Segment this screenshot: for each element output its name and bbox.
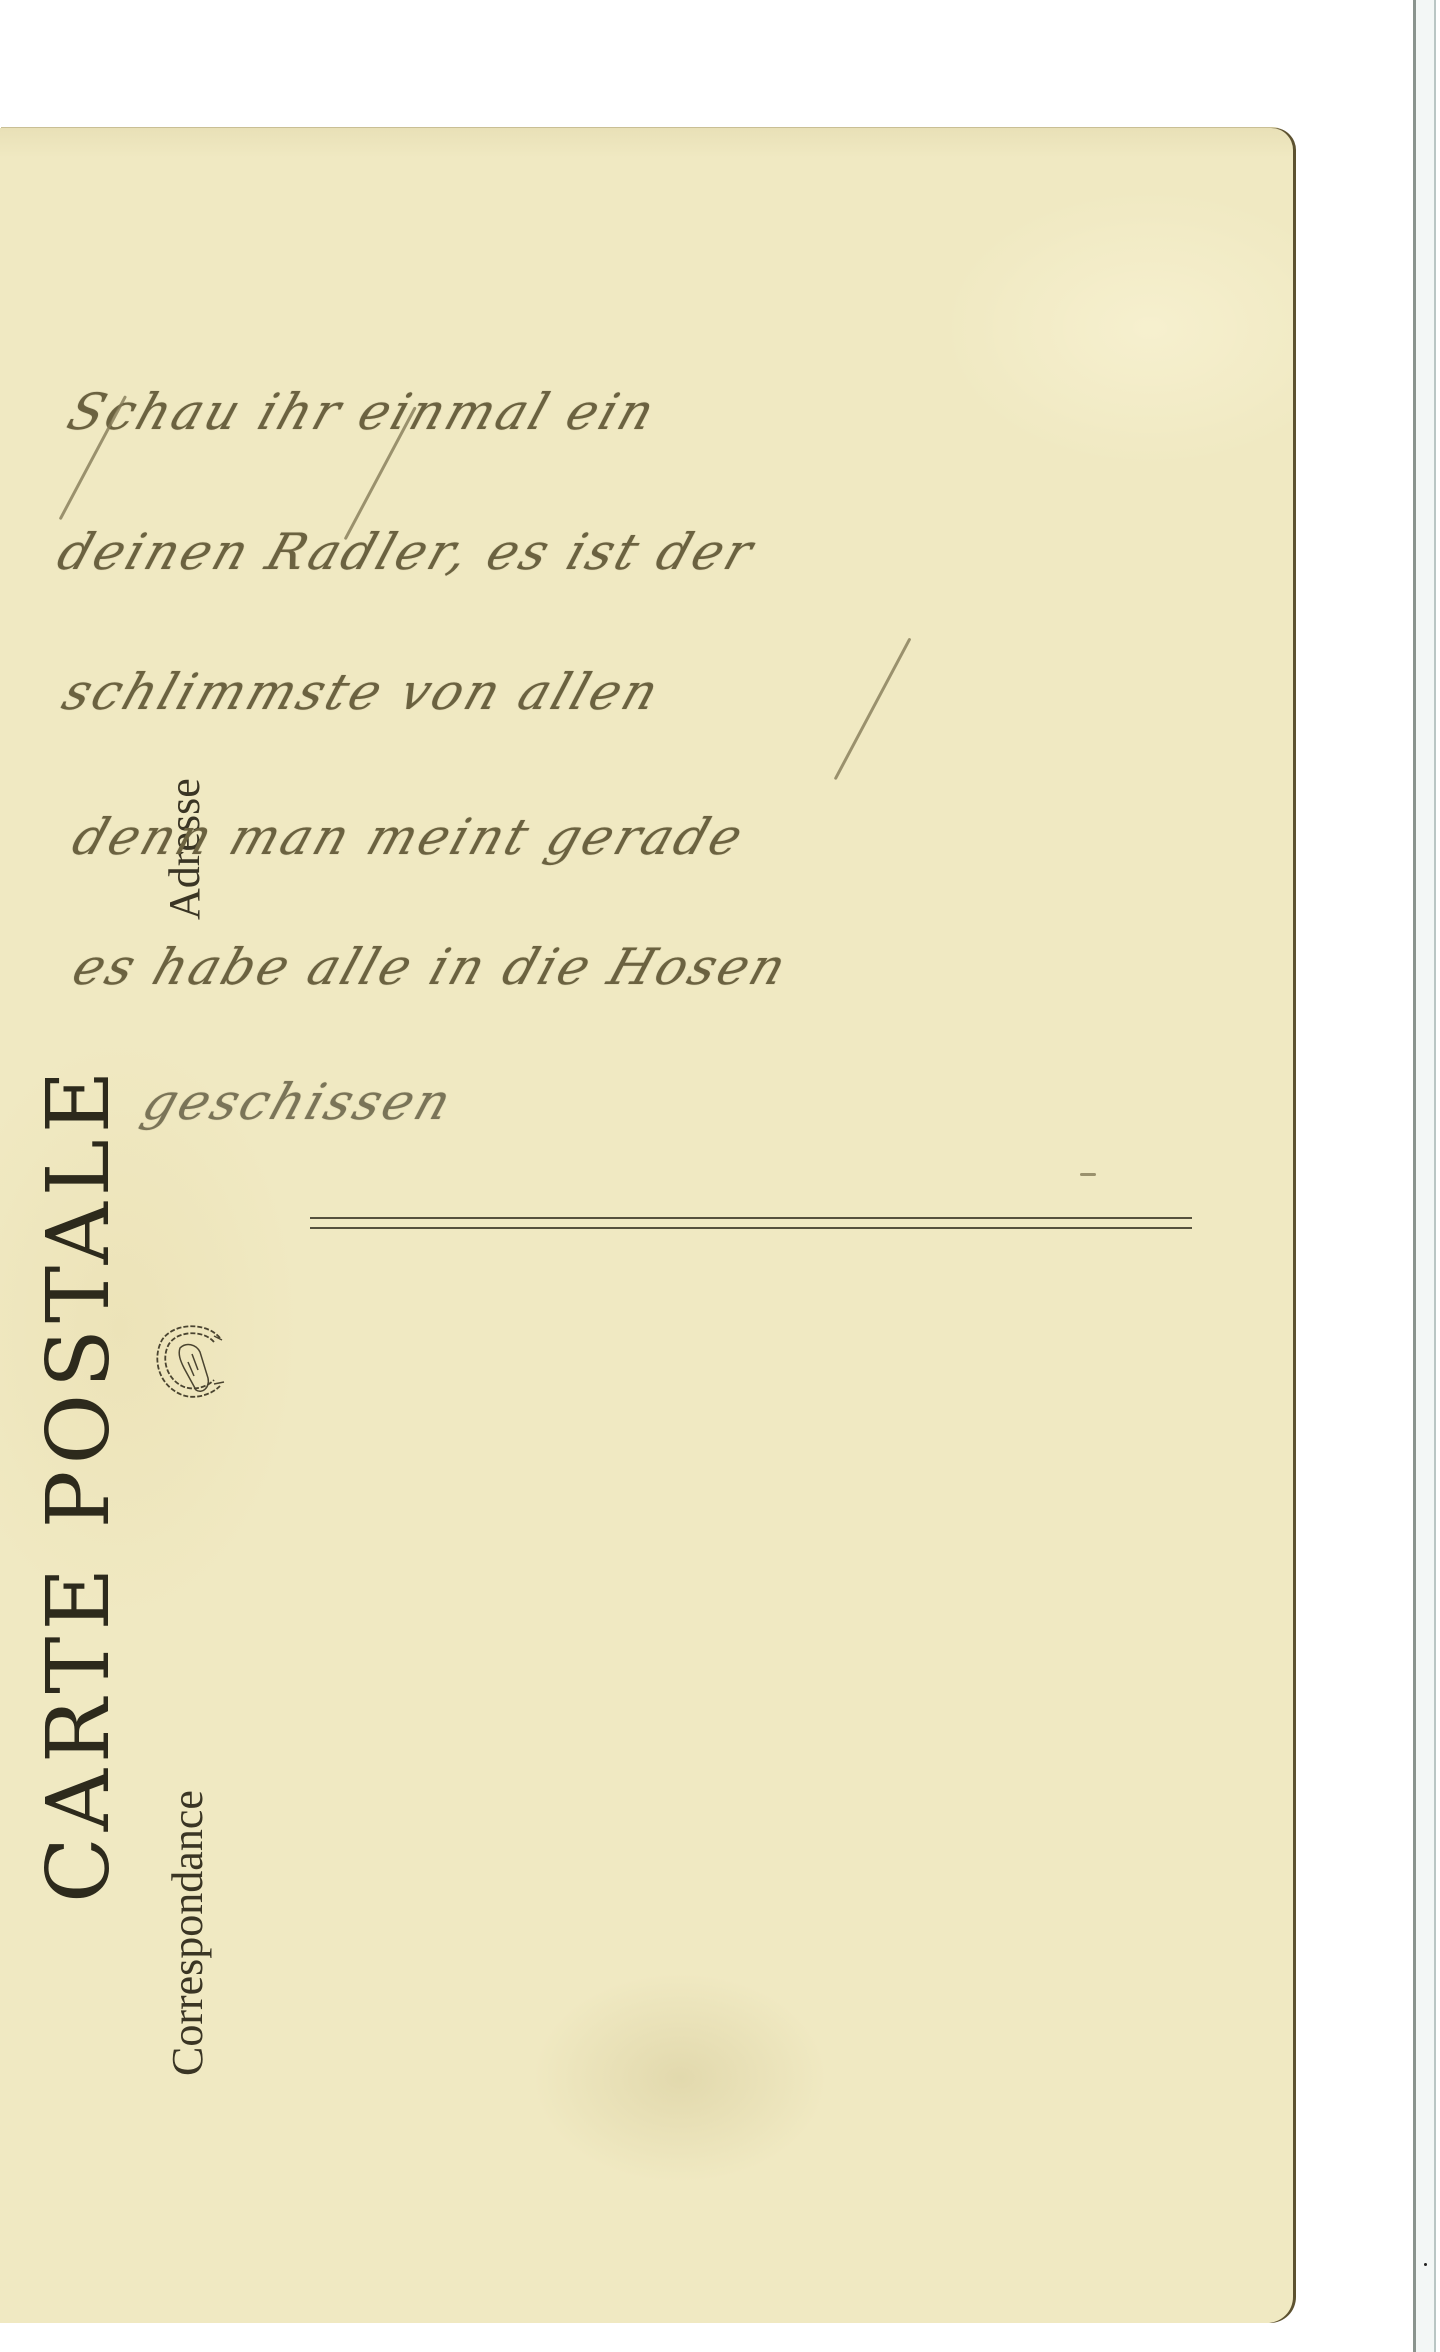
handwriting-signature-line: geschissen bbox=[136, 1073, 461, 1131]
handwriting-line: deinen Radler, es ist der bbox=[51, 523, 763, 581]
ink-descender bbox=[834, 638, 912, 781]
handwriting-line: denn man meint gerade bbox=[66, 808, 753, 866]
correspondence-label: Correspondance bbox=[166, 1790, 210, 2076]
handwriting-line: es habe alle in die Hosen bbox=[66, 938, 797, 996]
postcard-title: CARTE POSTALE bbox=[36, 1064, 122, 1903]
horseshoe-horse-head-icon bbox=[152, 1318, 232, 1403]
ink-stroke bbox=[1080, 1173, 1096, 1176]
scan-speck bbox=[1424, 2263, 1427, 2266]
handwriting-line: Schau ihr einmal ein bbox=[61, 383, 665, 441]
address-line-lower bbox=[310, 1227, 1192, 1229]
handwriting-line: schlimmste von allen bbox=[56, 663, 669, 721]
address-line-upper bbox=[310, 1217, 1192, 1219]
scanner-edge-line-secondary bbox=[1434, 0, 1436, 2352]
scanner-margin bbox=[1416, 0, 1434, 2352]
postcard: CARTE POSTALE Adresse Correspondance Sch… bbox=[0, 128, 1293, 2323]
scanner-edge-line bbox=[1413, 0, 1416, 2352]
